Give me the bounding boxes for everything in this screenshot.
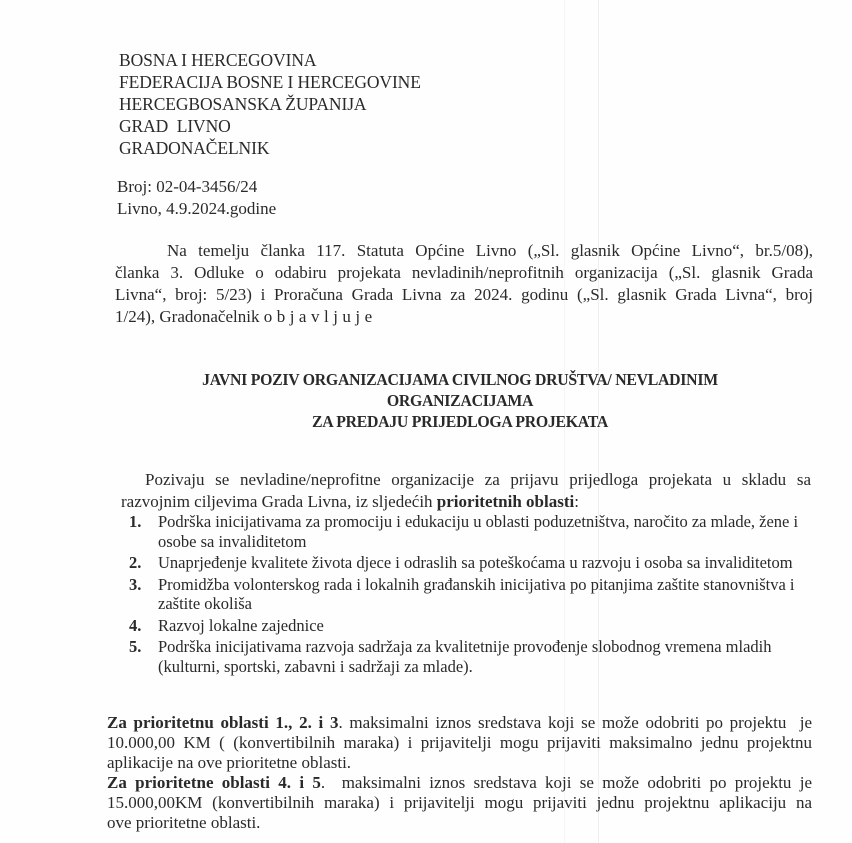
- intro-verb-spaced: objavljuje: [264, 307, 377, 326]
- title-line: ZA PREDAJU PRIJEDLOGA PROJEKATA: [162, 411, 757, 432]
- header-line-mayor: GRADONAČELNIK: [119, 137, 421, 159]
- priority-number: 2.: [129, 553, 141, 573]
- priority-number: 1.: [129, 512, 141, 532]
- funding-section: Za prioritetnu oblasti 1., 2. i 3. maksi…: [107, 713, 812, 833]
- title-line: JAVNI POZIV ORGANIZACIJAMA CIVILNOG DRUŠ…: [162, 369, 757, 390]
- funding-group-label: Za prioritetnu oblasti 1., 2. i 3: [107, 713, 338, 732]
- funding-group-label: Za prioritetne oblasti 4. i 5: [107, 773, 321, 792]
- issuer-header: BOSNA I HERCEGOVINA FEDERACIJA BOSNE I H…: [119, 49, 421, 159]
- priority-text: Razvoj lokalne zajednice: [158, 616, 809, 636]
- priority-text: Unaprjeđenje kvalitete života djece i od…: [158, 553, 809, 573]
- header-line-federation: FEDERACIJA BOSNE I HERCEGOVINE: [119, 71, 421, 93]
- priority-list: 1. Podrška inicijativama za promociju i …: [129, 512, 809, 678]
- call-line: Pozivaju se nevladine/neprofitne organiz…: [121, 469, 811, 491]
- header-line-country: BOSNA I HERCEGOVINA: [119, 49, 421, 71]
- header-line-canton: HERCEGBOSANSKA ŽUPANIJA: [119, 93, 421, 115]
- legal-basis-paragraph: Na temelju članka 117. Statuta Općine Li…: [115, 240, 813, 328]
- document-page: BOSNA I HERCEGOVINA FEDERACIJA BOSNE I H…: [0, 0, 852, 843]
- reference-block: Broj: 02-04-3456/24 Livno, 4.9.2024.godi…: [117, 176, 276, 220]
- funding-line: ove prioritetne oblasti.: [107, 813, 812, 833]
- priority-number: 4.: [129, 616, 141, 636]
- funding-text: . maksimalni iznos sredstava koji se mož…: [338, 713, 812, 732]
- intro-line: članka 3. Odluke o odabiru projekata nev…: [115, 262, 813, 284]
- funding-text: . maksimalni iznos sredstava koji se mož…: [321, 773, 812, 792]
- title-line: ORGANIZACIJAMA: [162, 390, 757, 411]
- call-line-prefix: razvojnim ciljevima Grada Livna, iz slje…: [121, 492, 437, 511]
- priority-item: 3. Promidžba volonterskog rada i lokalni…: [129, 575, 809, 614]
- priority-areas-label: prioritetnih oblasti: [437, 492, 574, 511]
- priority-item: 2. Unaprjeđenje kvalitete života djece i…: [129, 553, 809, 573]
- call-line-suffix: :: [574, 492, 579, 511]
- call-paragraph: Pozivaju se nevladine/neprofitne organiz…: [121, 469, 811, 513]
- funding-line: aplikacije na ove prioritetne oblasti.: [107, 753, 812, 773]
- reference-number: Broj: 02-04-3456/24: [117, 176, 276, 198]
- place-date: Livno, 4.9.2024.godine: [117, 198, 276, 220]
- priority-item: 4. Razvoj lokalne zajednice: [129, 616, 809, 636]
- priority-item: 1. Podrška inicijativama za promociju i …: [129, 512, 809, 551]
- funding-line: Za prioritetnu oblasti 1., 2. i 3. maksi…: [107, 713, 812, 733]
- call-line: razvojnim ciljevima Grada Livna, iz slje…: [121, 491, 811, 513]
- priority-text: Promidžba volonterskog rada i lokalnih g…: [158, 575, 809, 614]
- intro-line: Na temelju članka 117. Statuta Općine Li…: [115, 240, 813, 262]
- priority-number: 3.: [129, 575, 141, 595]
- priority-number: 5.: [129, 637, 141, 657]
- intro-last-prefix: 1/24), Gradonačelnik: [115, 307, 264, 326]
- header-line-city: GRAD LIVNO: [119, 115, 421, 137]
- priority-text: Podrška inicijativama razvoja sadržaja z…: [158, 637, 809, 676]
- priority-item: 5. Podrška inicijativama razvoja sadržaj…: [129, 637, 809, 676]
- funding-line: 15.000,00KM (konvertibilnih maraka) i pr…: [107, 793, 812, 813]
- intro-line: 1/24), Gradonačelnik objavljuje: [115, 306, 813, 328]
- funding-line: 10.000,00 KM ( (konvertibilnih maraka) i…: [107, 733, 812, 753]
- document-title: JAVNI POZIV ORGANIZACIJAMA CIVILNOG DRUŠ…: [162, 369, 757, 432]
- priority-text: Podrška inicijativama za promociju i edu…: [158, 512, 809, 551]
- funding-line: Za prioritetne oblasti 4. i 5. maksimaln…: [107, 773, 812, 793]
- intro-line: Livna“, broj: 5/23) i Proračuna Grada Li…: [115, 284, 813, 306]
